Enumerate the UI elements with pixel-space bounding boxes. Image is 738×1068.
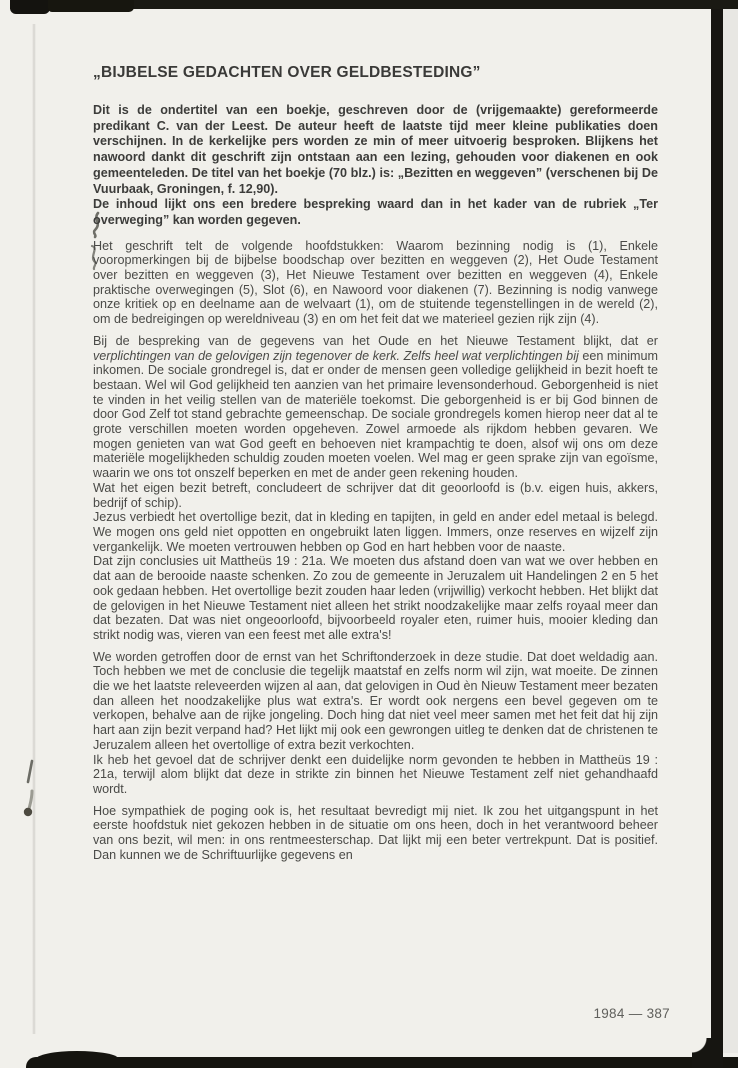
paragraph-group: Bij de bespreking van de gegevens van he… [93, 334, 658, 643]
ink-mark-lower [18, 758, 44, 822]
binding-crease [32, 24, 36, 1034]
scan-border-bottom [26, 1057, 738, 1068]
lede-paragraph: Dit is de ondertitel van een boekje, ges… [93, 103, 658, 197]
body-paragraph: Bij de bespreking van de gegevens van he… [93, 334, 658, 481]
article-title: „BIJBELSE GEDACHTEN OVER GELDBESTEDING” [93, 64, 658, 82]
paragraph-group: We worden getroffen door de ernst van he… [93, 650, 658, 797]
lede-paragraph: De inhoud lijkt ons een bredere bespreki… [93, 197, 658, 228]
scan-border-right [711, 0, 723, 1045]
paragraph-group: Hoe sympathiek de poging ook is, het res… [93, 804, 658, 863]
body-paragraph: Jezus verbiedt het overtollige bezit, da… [93, 510, 658, 554]
scan-border-top-blob [48, 0, 134, 12]
paragraph-group: Het geschrift telt de volgende hoofdstuk… [93, 239, 658, 327]
body-paragraph: Wat het eigen bezit betreft, concludeert… [93, 481, 658, 510]
body-paragraph: We worden getroffen door de ernst van he… [93, 650, 658, 753]
scanner-background-strip [723, 0, 738, 1053]
page-corner-bottom-right [692, 1038, 723, 1068]
article-column: „BIJBELSE GEDACHTEN OVER GELDBESTEDING” … [93, 64, 658, 862]
body-paragraph: Dat zijn conclusies uit Mattheüs 19 : 21… [93, 554, 658, 642]
scan-border-top-blob [10, 0, 50, 14]
page-number: 1984 — 387 [93, 1006, 670, 1021]
body-paragraph: Ik heb het gevoel dat de schrijver denkt… [93, 753, 658, 797]
scanned-page: „BIJBELSE GEDACHTEN OVER GELDBESTEDING” … [0, 0, 738, 1068]
article-lede: Dit is de ondertitel van een boekje, ges… [93, 103, 658, 229]
article-body: Het geschrift telt de volgende hoofdstuk… [93, 239, 658, 863]
scan-border-bottom-mound [36, 1051, 118, 1061]
body-paragraph: Het geschrift telt de volgende hoofdstuk… [93, 239, 658, 327]
body-paragraph: Hoe sympathiek de poging ook is, het res… [93, 804, 658, 863]
